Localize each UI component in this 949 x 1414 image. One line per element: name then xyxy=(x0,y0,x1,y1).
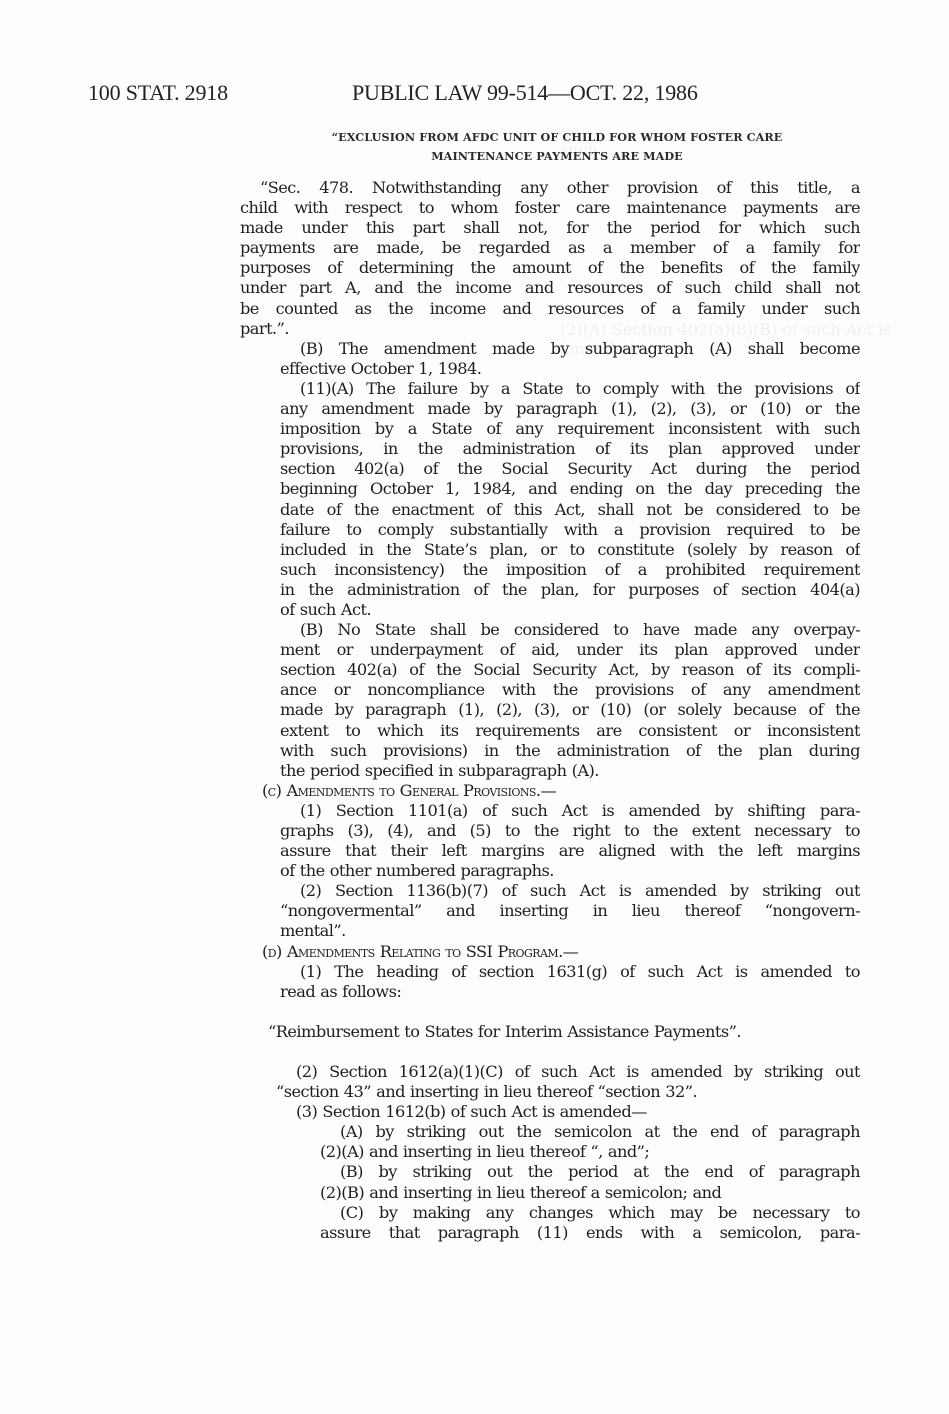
text-line: (B) by striking out the period at the en… xyxy=(320,1162,860,1182)
text-line: (2)(A) and inserting in lieu thereof “, … xyxy=(320,1142,860,1162)
text-line: with such provisions) in the administrat… xyxy=(280,741,860,761)
subsection-d-para-1: (1) The heading of section 1631(g) of su… xyxy=(280,962,860,1002)
subsection-c-para-1: (1) Section 1101(a) of such Act is amend… xyxy=(280,801,860,881)
text-line: such inconsistency) the imposition of a … xyxy=(280,560,860,580)
public-law-title: PUBLIC LAW 99-514—OCT. 22, 1986 xyxy=(352,80,698,106)
text-line: (B) No State shall be considered to have… xyxy=(280,620,860,640)
subsection-d-para-2: (2) Section 1612(a)(1)(C) of such Act is… xyxy=(276,1062,860,1102)
text-line: assure that paragraph (11) ends with a s… xyxy=(320,1223,860,1243)
text-line: of the other numbered paragraphs. xyxy=(280,861,860,881)
subsection-d-heading: (d) Amendments Relating to SSI Program.— xyxy=(240,942,860,962)
body-text: “Sec. 478. Notwithstanding any other pro… xyxy=(240,178,860,1243)
text-line: (B) The amendment made by subparagraph (… xyxy=(280,339,860,359)
text-line: section 402(a) of the Social Security Ac… xyxy=(280,660,860,680)
subsection-d-para-3-intro: (3) Section 1612(b) of such Act is amend… xyxy=(240,1102,860,1122)
stat-citation: 100 STAT. 2918 xyxy=(88,80,228,106)
text-line: “nongovermental” and inserting in lieu t… xyxy=(280,901,860,921)
sec-478-paragraph: “Sec. 478. Notwithstanding any other pro… xyxy=(240,178,860,339)
text-line: (A) by striking out the semicolon at the… xyxy=(320,1122,860,1142)
text-line: child with respect to whom foster care m… xyxy=(240,198,860,218)
text-line: extent to which its requirements are con… xyxy=(280,721,860,741)
text-line: “Sec. 478. Notwithstanding any other pro… xyxy=(240,178,860,198)
section-heading-line-1: “EXCLUSION FROM AFDC UNIT OF CHILD FOR W… xyxy=(240,128,874,147)
running-header: 100 STAT. 2918 PUBLIC LAW 99-514—OCT. 22… xyxy=(88,80,788,110)
text-line: ance or noncompliance with the provision… xyxy=(280,680,860,700)
text-line: “section 43” and inserting in lieu there… xyxy=(276,1082,860,1102)
statute-page: such (2)(A) Section 402(a)(8)(B) of such… xyxy=(0,0,949,1414)
text-line: (11)(A) The failure by a State to comply… xyxy=(280,379,860,399)
text-line: beginning October 1, 1984, and ending on… xyxy=(280,479,860,499)
subsection-d-para-3c: (C) by making any changes which may be n… xyxy=(320,1203,860,1243)
section-heading: “EXCLUSION FROM AFDC UNIT OF CHILD FOR W… xyxy=(240,128,874,166)
text-line: part.”. xyxy=(240,319,860,339)
text-line: read as follows: xyxy=(280,982,860,1002)
spacer xyxy=(240,1042,860,1062)
text-line: payments are made, be regarded as a memb… xyxy=(240,238,860,258)
subsection-c-heading: (c) Amendments to General Provisions.— xyxy=(240,781,860,801)
text-line: assure that their left margins are align… xyxy=(280,841,860,861)
text-line: included in the State’s plan, or to cons… xyxy=(280,540,860,560)
text-line: any amendment made by paragraph (1), (2)… xyxy=(280,399,860,419)
text-line: (1) Section 1101(a) of such Act is amend… xyxy=(280,801,860,821)
text-line: (2) Section 1136(b)(7) of such Act is am… xyxy=(280,881,860,901)
text-line: (2)(B) and inserting in lieu thereof a s… xyxy=(320,1183,860,1203)
text-line: section 402(a) of the Social Security Ac… xyxy=(280,459,860,479)
subsection-c-para-2: (2) Section 1136(b)(7) of such Act is am… xyxy=(280,881,860,941)
para-11b: (B) No State shall be considered to have… xyxy=(280,620,860,781)
text-line: effective October 1, 1984. xyxy=(280,359,860,379)
text-line: purposes of determining the amount of th… xyxy=(240,258,860,278)
para-b-effective-date: (B) The amendment made by subparagraph (… xyxy=(280,339,860,379)
text-line: date of the enactment of this Act, shall… xyxy=(280,500,860,520)
subsection-d-para-3a: (A) by striking out the semicolon at the… xyxy=(320,1122,860,1162)
text-line: mental”. xyxy=(280,921,860,941)
text-line: (C) by making any changes which may be n… xyxy=(320,1203,860,1223)
text-line: made under this part shall not, for the … xyxy=(240,218,860,238)
text-line: ment or underpayment of aid, under its p… xyxy=(280,640,860,660)
quoted-heading: “Reimbursement to States for Interim Ass… xyxy=(240,1022,860,1042)
subsection-d-para-3b: (B) by striking out the period at the en… xyxy=(320,1162,860,1202)
text-line: be counted as the income and resources o… xyxy=(240,299,860,319)
text-line: (2) Section 1612(a)(1)(C) of such Act is… xyxy=(276,1062,860,1082)
text-line: the period specified in subparagraph (A)… xyxy=(280,761,860,781)
text-line: in the administration of the plan, for p… xyxy=(280,580,860,600)
spacer xyxy=(240,1002,860,1022)
text-line: of such Act. xyxy=(280,600,860,620)
text-line: provisions, in the administration of its… xyxy=(280,439,860,459)
text-line: graphs (3), (4), and (5) to the right to… xyxy=(280,821,860,841)
text-line: under part A, and the income and resourc… xyxy=(240,278,860,298)
text-line: made by paragraph (1), (2), (3), or (10)… xyxy=(280,700,860,720)
section-heading-line-2: MAINTENANCE PAYMENTS ARE MADE xyxy=(240,147,874,166)
text-line: imposition by a State of any requirement… xyxy=(280,419,860,439)
para-11a: (11)(A) The failure by a State to comply… xyxy=(280,379,860,620)
text-line: failure to comply substantially with a p… xyxy=(280,520,860,540)
text-line: (1) The heading of section 1631(g) of su… xyxy=(280,962,860,982)
